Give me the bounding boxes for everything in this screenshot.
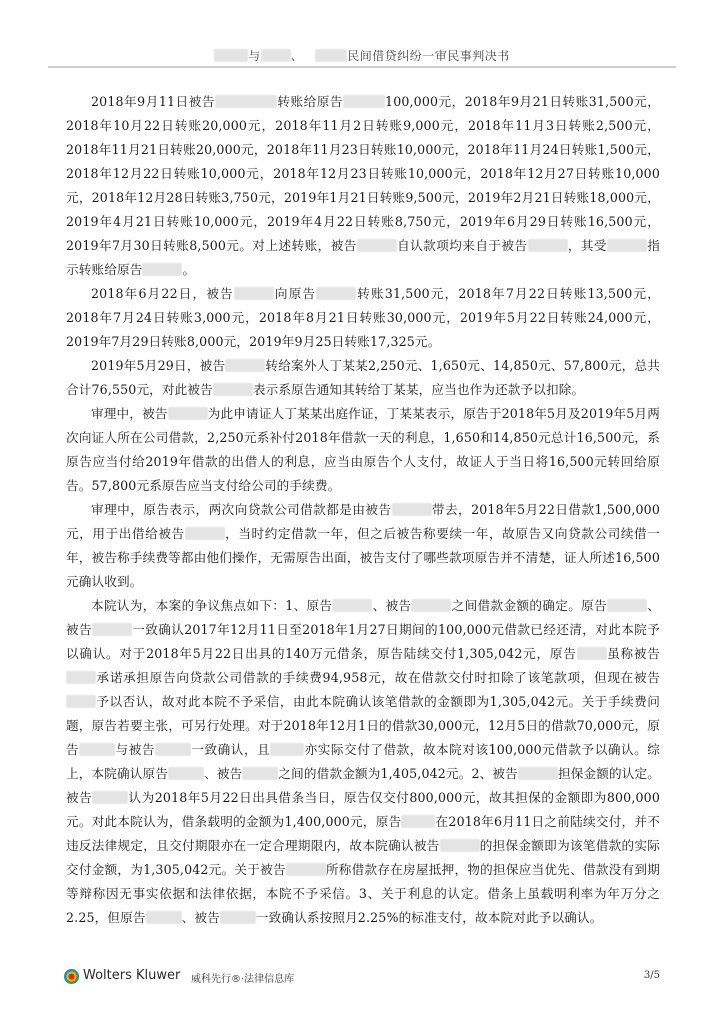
paragraph: 审理中，被告为此申请证人丁某某出庭作证，丁某某表示，原告于2018年5月及201… <box>66 402 660 498</box>
redacted-name <box>286 863 326 876</box>
paragraph-text: 向原告 <box>274 286 316 301</box>
page-number: 3/5 <box>644 970 660 981</box>
redacted-name <box>168 407 208 420</box>
paragraph-text: 虽称被告 <box>607 646 660 661</box>
paragraph: 2018年6月22日，被告向原告转账31,500元，2018年7月22日转账13… <box>66 282 660 354</box>
redacted-name <box>66 671 96 684</box>
paragraph-text: 100,000元，2018年9月21日转账31,500元，2018年10月22日… <box>66 94 660 253</box>
paragraph: 2018年9月11日被告转账给原告100,000元，2018年9月21日转账31… <box>66 90 660 282</box>
redacted-name <box>518 767 558 780</box>
paragraph: 2019年5月29日，被告转给案外人丁某某2,250元、1,650元、14,85… <box>66 354 660 402</box>
paragraph-text: ，其受 <box>568 238 607 253</box>
paragraph-text: 、被告 <box>204 766 242 781</box>
redacted-name <box>92 791 128 804</box>
redacted-name <box>146 911 182 924</box>
paragraph-text: 。 <box>182 262 195 277</box>
redacted-name <box>528 239 568 252</box>
redacted-name <box>225 359 265 372</box>
paragraph-text: 、被告 <box>372 598 411 613</box>
redacted-name <box>214 49 248 62</box>
paragraph-text: 一致确认系按照月2.25%的标准支付，故本院对此予以确认。 <box>256 910 603 925</box>
paragraph-text: 之间借款金额的确定。原告 <box>451 598 607 613</box>
redacted-name <box>142 263 182 276</box>
redacted-name <box>215 95 277 108</box>
brand-name: Wolters Kluwer <box>83 968 180 983</box>
document-body: 2018年9月11日被告转账给原告100,000元，2018年9月21日转账31… <box>66 90 660 930</box>
redacted-name <box>401 815 435 828</box>
redacted-name <box>66 695 96 708</box>
redacted-name <box>270 743 304 756</box>
paragraph-text: 审理中，被告 <box>91 406 168 421</box>
redacted-name <box>357 239 397 252</box>
redacted-name <box>155 743 191 756</box>
redacted-name <box>185 527 225 540</box>
redacted-name <box>440 839 480 852</box>
redacted-name <box>316 287 356 300</box>
redacted-name <box>607 239 647 252</box>
redacted-name <box>607 599 647 612</box>
redacted-name <box>92 623 132 636</box>
globe-logo-icon <box>64 969 79 984</box>
redacted-name <box>577 647 607 660</box>
redacted-name <box>220 911 256 924</box>
paragraph-text: 与被告 <box>115 742 155 757</box>
paragraph-text: 2018年6月22日，被告 <box>91 286 234 301</box>
redacted-name <box>315 49 347 62</box>
paragraph-text: 表示系原告通知其转给丁某某，应当也作为还款予以扣除。 <box>253 382 584 397</box>
paragraph: 审理中，原告表示，两次向贷款公司借款都是由被告带去，2018年5月22日借款1,… <box>66 498 660 594</box>
paragraph-text: 、被告 <box>182 910 220 925</box>
header-text: 与 <box>248 49 261 63</box>
paragraph-text: 2018年9月11日被告 <box>91 94 215 109</box>
redacted-name <box>411 599 451 612</box>
redacted-name <box>79 743 115 756</box>
paragraph-text: 承诺承担原告向贷款公司借款的手续费94,958元，故在借款交付时扣除了该笔款项，… <box>96 670 660 685</box>
redacted-name <box>392 503 432 516</box>
paragraph-text: 自认款项均来自于被告 <box>397 238 528 253</box>
paragraph-text: 一致确认，且 <box>191 742 270 757</box>
header-divider <box>48 66 676 68</box>
page-footer: Wolters Kluwer 威科先行®·法律信息库 3/5 <box>64 966 664 988</box>
redacted-name <box>343 95 385 108</box>
paragraph-text: 审理中，原告表示，两次向贷款公司借款都是由被告 <box>91 502 392 517</box>
paragraph-text: 一致确认2017年12月11日至2018年1月27日期间的100,000元借款已… <box>66 622 660 661</box>
document-header: 与、民间借贷纠纷一审民事判决书 <box>0 47 724 64</box>
paragraph-text: 本院认为，本案的争议焦点如下：1、原告 <box>91 598 332 613</box>
redacted-name <box>242 767 278 780</box>
redacted-name <box>168 767 204 780</box>
redacted-name <box>213 383 253 396</box>
header-text: 、 <box>291 49 304 63</box>
paragraph-text: 2019年5月29日，被告 <box>91 358 225 373</box>
document-title: 民间借贷纠纷一审民事判决书 <box>347 49 510 63</box>
paragraph-text: 之间的借款金额为1,405,042元。2、被告 <box>278 766 518 781</box>
paragraph: 本院认为，本案的争议焦点如下：1、原告、被告之间借款金额的确定。原告、被告一致确… <box>66 594 660 930</box>
redacted-name <box>234 287 274 300</box>
paragraph-text: 转账给原告 <box>277 94 343 109</box>
brand-chinese-name: 威科先行®·法律信息库 <box>191 970 294 985</box>
redacted-name <box>261 49 291 62</box>
redacted-name <box>332 599 372 612</box>
